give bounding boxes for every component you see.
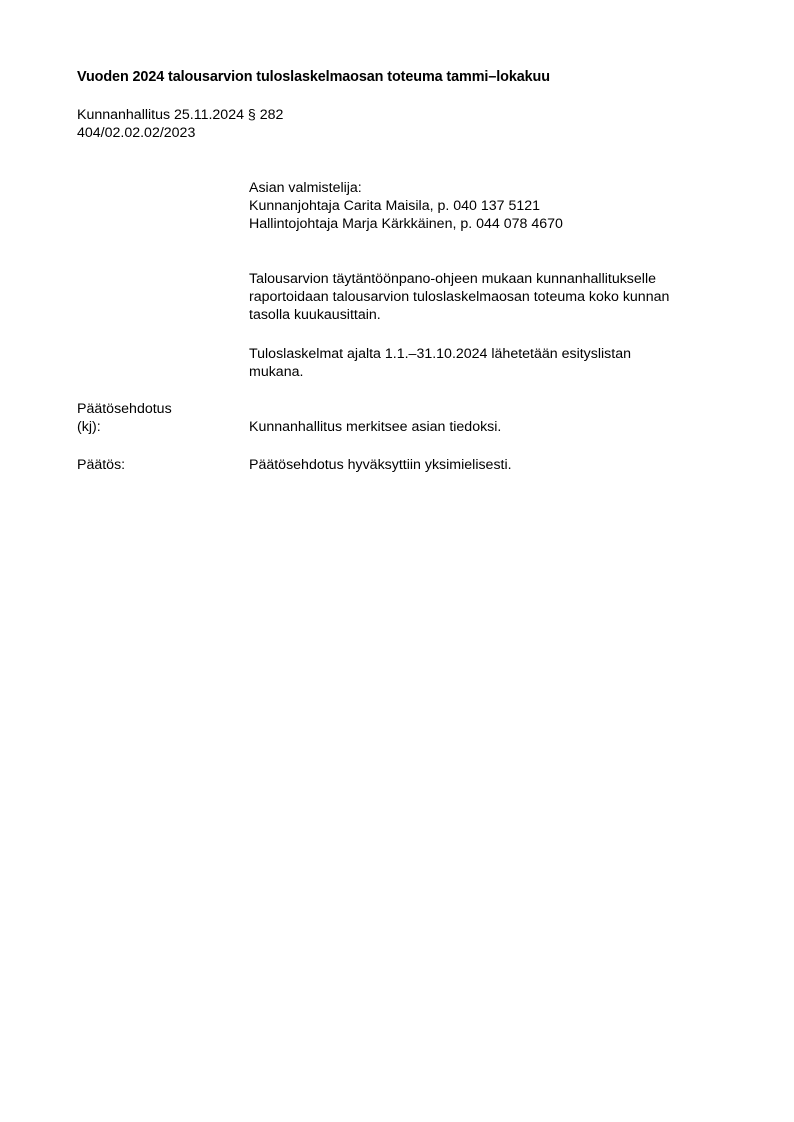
paragraph-line: Tuloslaskelmat ajalta 1.1.–31.10.2024 lä… xyxy=(249,345,729,363)
proposal-label-suffix: (kj): xyxy=(77,418,101,436)
preparer-label: Asian valmistelija: xyxy=(249,179,362,197)
record-number: 404/02.02.02/2023 xyxy=(77,124,195,142)
preparer-line: Hallintojohtaja Marja Kärkkäinen, p. 044… xyxy=(249,215,563,233)
paragraph-line: tasolla kuukausittain. xyxy=(249,306,729,324)
decision-label: Päätös: xyxy=(77,456,125,474)
paragraph-line: Talousarvion täytäntöönpano-ohjeen mukaa… xyxy=(249,270,729,288)
body-paragraph: Talousarvion täytäntöönpano-ohjeen mukaa… xyxy=(249,270,729,324)
document-title: Vuoden 2024 talousarvion tuloslaskelmaos… xyxy=(77,68,550,86)
decision-text: Päätösehdotus hyväksyttiin yksimielisest… xyxy=(249,456,512,474)
document-page: Vuoden 2024 talousarvion tuloslaskelmaos… xyxy=(0,0,794,1122)
proposal-text: Kunnanhallitus merkitsee asian tiedoksi. xyxy=(249,418,501,436)
meeting-body-and-date: Kunnanhallitus 25.11.2024 § 282 xyxy=(77,106,283,124)
paragraph-line: raportoidaan talousarvion tuloslaskelmao… xyxy=(249,288,729,306)
proposal-label: Päätösehdotus xyxy=(77,400,172,418)
preparer-line: Kunnanjohtaja Carita Maisila, p. 040 137… xyxy=(249,197,540,215)
paragraph-line: mukana. xyxy=(249,363,729,381)
body-paragraph: Tuloslaskelmat ajalta 1.1.–31.10.2024 lä… xyxy=(249,345,729,381)
